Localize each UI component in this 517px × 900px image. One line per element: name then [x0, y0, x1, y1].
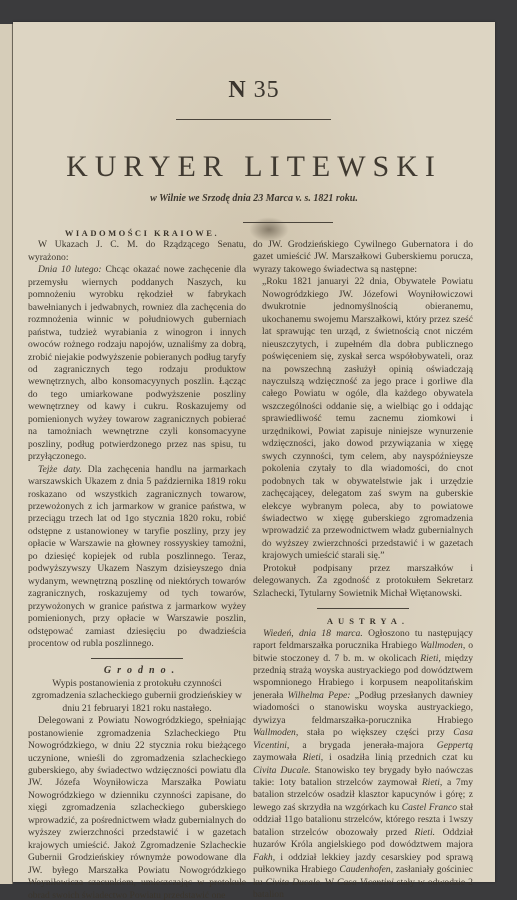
protocol-signature: Protokuł podpisany przez marszałków i de…: [253, 563, 473, 600]
newspaper-title: KURYER LITEWSKI: [13, 150, 495, 184]
masthead-rule: [176, 119, 331, 120]
newspaper-page: N 35 KURYER LITEWSKI w Wilnie we Srzodę …: [13, 22, 495, 882]
issue-label: N: [228, 77, 246, 103]
section-heading-domestic: WIADOMOŚCI KRAIOWE.: [28, 227, 246, 239]
section-divider: [91, 658, 183, 659]
right-column: do JW. Grodzieńskiego Cywilnego Gubernat…: [253, 239, 473, 900]
decree-date: Tejże daty.: [38, 464, 82, 475]
issue-number: N 35: [13, 77, 495, 104]
issue-number-value: 35: [254, 77, 280, 103]
protocol-subtitle: Wypis postanowienia z protokułu czynnośc…: [28, 678, 246, 715]
section-divider: [317, 608, 409, 609]
decree-intro: W Ukazach J. C. M. do Rządzącego Senatu,…: [28, 239, 246, 264]
section-heading-austria: AUSTRYA.: [253, 615, 473, 627]
protocol-continued: do JW. Grodzieńskiego Cywilnego Gubernat…: [253, 239, 473, 276]
decree-paragraph-1: Dnia 10 lutego: Chcąc okazać nowe zachęc…: [28, 264, 246, 463]
decree-date: Dnia 10 lutego:: [38, 264, 102, 275]
left-column: WIADOMOŚCI KRAIOWE. W Ukazach J. C. M. d…: [28, 227, 246, 900]
adjacent-page-edge: [0, 24, 13, 884]
decree-paragraph-2: Tejże daty. Dla zachęcenia handlu na jar…: [28, 464, 246, 651]
section-heading-grodno: Grodno.: [28, 665, 246, 677]
dateline-rule: [243, 222, 333, 223]
protocol-paragraph: Delegowani z Powiatu Nowogródzkiego, spe…: [28, 715, 246, 900]
testimonial-quote: „Roku 1821 januaryi 22 dnia, Obywatele P…: [253, 276, 473, 562]
dateline: w Wilnie we Srzodę dnia 23 Marca v. s. 1…: [13, 193, 495, 204]
austria-report: Wiedeń, dnia 18 marca. Ogłoszono tu nast…: [253, 628, 473, 900]
